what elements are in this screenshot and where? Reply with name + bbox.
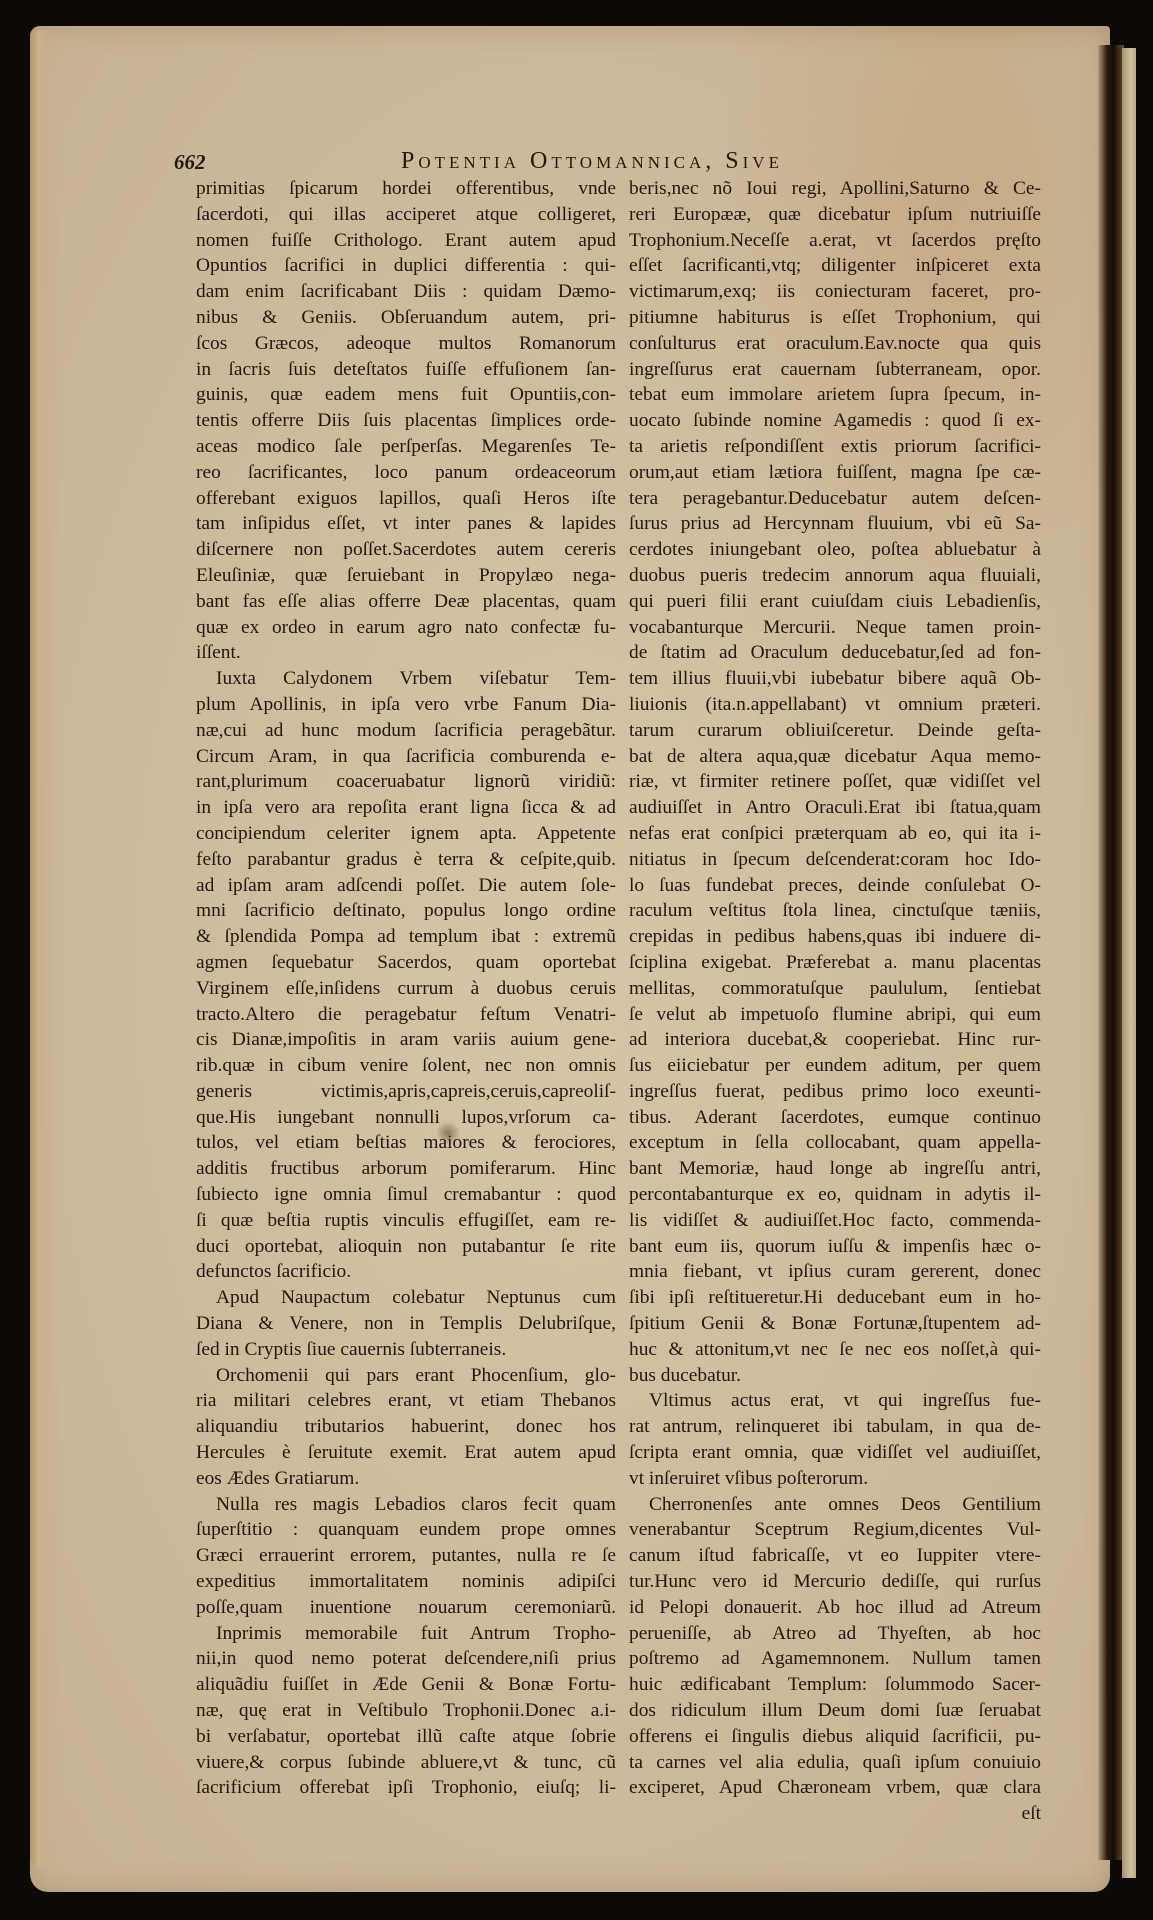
text-line: vt inſeruiret vſibus poſterorum. <box>629 1466 1041 1492</box>
text-line: tur.Hunc vero id Mercurio dediſſe, qui r… <box>629 1569 1041 1595</box>
text-line: offerebant exiguos lapillos, quaſi Heros… <box>196 486 616 512</box>
text-line: additis fructibus arborum pomiferarum. H… <box>196 1156 616 1182</box>
text-line: cis Dianæ,impoſitis in aram variis auium… <box>196 1027 616 1053</box>
text-line: tibus. Aderant ſacerdotes, eumque contin… <box>629 1105 1041 1131</box>
text-line: beris,nec nõ Ioui regi, Apollini,Saturno… <box>629 176 1041 202</box>
text-line: bus ducebatur. <box>629 1363 1041 1389</box>
text-line: ta arietis reſpondiſſent extis priorum ſ… <box>629 434 1041 460</box>
text-line: liuionis (ita.n.appellabant) vt omnium p… <box>629 692 1041 718</box>
text-line: dam enim ſacrificabant Diis : quidam Dæm… <box>196 279 616 305</box>
text-line: vocabanturque Mercurii. Neque tamen proi… <box>629 615 1041 641</box>
text-line: plum Apollinis, in ipſa vero vrbe Fanum … <box>196 692 616 718</box>
text-line: tam inſipidus eſſet, vt inter panes & la… <box>196 511 616 537</box>
text-line: uocato ſubinde nomine Agamedis : quod ſi… <box>629 408 1041 434</box>
text-line: tarum curarum obliuiſceretur. Deinde geſ… <box>629 718 1041 744</box>
text-line: ſcos Græcos, adeoque multos Romanorum <box>196 331 616 357</box>
text-line: primitias ſpicarum hordei offerentibus, … <box>196 176 616 202</box>
text-line: concipiendum celeriter ignem apta. Appet… <box>196 821 616 847</box>
text-line: eos Ædes Gratiarum. <box>196 1466 616 1492</box>
text-line: rat antrum, relinqueret ibi tabulam, in … <box>629 1414 1041 1440</box>
text-line: guinis, quæ eadem mens fuit Opuntiis,con… <box>196 382 616 408</box>
text-line: Diana & Venere, non in Templis Delubriſq… <box>196 1311 616 1337</box>
text-line: dos ridiculum illum Deum domi ſuæ ſeruab… <box>629 1698 1041 1724</box>
text-line: Eleuſiniæ, quæ ſeruiebant in Propylæo ne… <box>196 563 616 589</box>
text-line: & ſplendida Pompa ad templum ibat : extr… <box>196 924 616 950</box>
text-line: orum,aut etiam lætiora fuiſſent, magna ſ… <box>629 460 1041 486</box>
text-line: riæ, vt firmiter retinere poſſet, quæ vi… <box>629 769 1041 795</box>
text-line: in ipſa vero ara repoſita erant ligna ſi… <box>196 795 616 821</box>
text-line: bant Memoriæ, haud longe ab ingreſſu ant… <box>629 1156 1041 1182</box>
text-line: venerabantur Sceptrum Regium,dicentes Vu… <box>629 1517 1041 1543</box>
text-line: diſcernere non poſſet.Sacerdotes autem c… <box>196 537 616 563</box>
text-line: tebat eum immolare arietem ſupra ſpecum,… <box>629 382 1041 408</box>
text-line: lo ſuas fundebat preces, deinde conſuleb… <box>629 873 1041 899</box>
text-line: iſſent. <box>196 640 616 666</box>
catchword: eſt <box>629 1801 1041 1827</box>
text-line: exciperet, Apud Chæroneam vrbem, quæ cla… <box>629 1775 1041 1801</box>
binding-gutter-shadow <box>1098 45 1124 1860</box>
text-line: victimarum,exq; iis coniecturam faceret,… <box>629 279 1041 305</box>
text-line: ſcripta erant omnia, quæ vidiſſet vel au… <box>629 1440 1041 1466</box>
text-line: aliquandiu tributarios habuerint, donec … <box>196 1414 616 1440</box>
text-line: eſſet ſacrificanti,vtq; diligenter inſpi… <box>629 253 1041 279</box>
text-line: Trophonium.Neceſſe a.erat, vt ſacerdos p… <box>629 228 1041 254</box>
text-line: qui pueri filii erant cuiuſdam ciuis Leb… <box>629 589 1041 615</box>
text-line: exceptum in ſella collocabant, quam appe… <box>629 1130 1041 1156</box>
text-line: Cherronenſes ante omnes Deos Gentilium <box>629 1492 1041 1518</box>
text-line: reri Europææ, quæ dicebatur ipſum nutriu… <box>629 202 1041 228</box>
text-line: canum iſtud fabricaſſe, vt eo Iuppiter v… <box>629 1543 1041 1569</box>
text-line: ſed in Cryptis ſiue cauernis ſubterranei… <box>196 1337 616 1363</box>
text-line: in ſacris ſuis deteſtatos fuiſſe effuſio… <box>196 357 616 383</box>
text-line: id Pelopi donauerit. Ab hoc illud ad Atr… <box>629 1595 1041 1621</box>
running-title: Potentia Ottomannica, Sive <box>401 148 783 175</box>
text-line: ſibi ipſi reſtitueretur.Hi deducebant eu… <box>629 1285 1041 1311</box>
text-line: ſe velut ab impetuoſo flumine abripi, qu… <box>629 1002 1041 1028</box>
text-line: Inprimis memorabile fuit Antrum Tropho- <box>196 1621 616 1647</box>
text-line: de ſtatim ad Oraculum deducebatur,ſed ad… <box>629 640 1041 666</box>
text-line: lis vidiſſet & audiuiſſet.Hoc facto, com… <box>629 1208 1041 1234</box>
text-line: quæ ex ordeo in earum agro nato confectæ… <box>196 615 616 641</box>
text-column-left: primitias ſpicarum hordei offerentibus, … <box>196 176 616 1801</box>
text-column-right: beris,nec nõ Ioui regi, Apollini,Saturno… <box>629 176 1041 1827</box>
text-line: mellitas, commoratuſque paululum, ſentie… <box>629 976 1041 1002</box>
text-line: conſulturus erat oraculum.Eav.nocte qua … <box>629 331 1041 357</box>
text-line: nibus & Geniis. Obſeruandum autem, pri- <box>196 305 616 331</box>
text-line: ingreſſurus erat cauernam ſubterraneam, … <box>629 357 1041 383</box>
text-line: Virginem eſſe,inſidens currum à duobus c… <box>196 976 616 1002</box>
text-line: tentis offerre Diis ſuis placentas ſimpl… <box>196 408 616 434</box>
adjacent-page-edge <box>1122 48 1136 1878</box>
text-line: Circum Aram, in qua ſacrificia comburend… <box>196 744 616 770</box>
text-line: ſurus prius ad Hercynnam fluuium, vbi eũ… <box>629 511 1041 537</box>
text-line: bat de altera aqua,quæ dicebatur Aqua me… <box>629 744 1041 770</box>
text-line: aceas modico ſale perſperſas. Megarenſes… <box>196 434 616 460</box>
text-line: perueniſſe, ab Atreo ad Thyeſten, ab hoc <box>629 1621 1041 1647</box>
text-line: percontabanturque ex eo, quidnam in adyt… <box>629 1182 1041 1208</box>
text-line: tracto.Altero die peragebatur feſtum Ven… <box>196 1002 616 1028</box>
text-line: bi verſabatur, oportebat illũ caſte atqu… <box>196 1724 616 1750</box>
text-line: audiuiſſet in Antro Oraculi.Erat ibi ſta… <box>629 795 1041 821</box>
text-line: Apud Naupactum colebatur Neptunus cum <box>196 1285 616 1311</box>
page-header: 662 Potentia Ottomannica, Sive <box>174 148 914 174</box>
text-line: poſſe,quam inuentione nouarum ceremoniar… <box>196 1595 616 1621</box>
text-line: Opuntios ſacrifici in duplici differenti… <box>196 253 616 279</box>
text-line: ſus eiiciebatur per eundem aditum, per q… <box>629 1053 1041 1079</box>
text-line: duci oportebat, alioquin non putabantur … <box>196 1234 616 1260</box>
text-line: Vltimus actus erat, vt qui ingreſſus fue… <box>629 1388 1041 1414</box>
text-line: ſpitium Genii & Bonæ Fortunæ,ſtupentem a… <box>629 1311 1041 1337</box>
text-line: tem illius fluuii,vbi iubebatur bibere a… <box>629 666 1041 692</box>
text-line: ria militari celebres erant, vt etiam Th… <box>196 1388 616 1414</box>
text-line: mni ſacrificio deſtinato, populus longo … <box>196 898 616 924</box>
text-line: huic ædificabant Templum: ſolummodo Sace… <box>629 1672 1041 1698</box>
text-line: expeditius immortalitatem nominis adipiſ… <box>196 1569 616 1595</box>
text-line: Orchomenii qui pars erant Phocenſium, gl… <box>196 1363 616 1389</box>
text-line: næ, quę erat in Veſtibulo Trophonii.Done… <box>196 1698 616 1724</box>
text-line: offerens ei ſingulis diebus aliquid ſacr… <box>629 1724 1041 1750</box>
text-line: Hercules è ſeruitute exemit. Erat autem … <box>196 1440 616 1466</box>
text-line: nitiatus in ſpecum deſcenderat:coram hoc… <box>629 847 1041 873</box>
text-line: cerdotes iniungebant oleo, poſtea ablueb… <box>629 537 1041 563</box>
text-line: ta carnes vel alia edulia, quaſi ipſum c… <box>629 1750 1041 1776</box>
text-line: rib.quæ in cibum venire ſolent, nec non … <box>196 1053 616 1079</box>
text-line: ſacrificium offerebat ipſi Trophonio, ei… <box>196 1775 616 1801</box>
text-line: huc & attonitum,vt nec ſe nec eos noſſet… <box>629 1337 1041 1363</box>
text-line: tulos, vel etiam beſtias maiores & feroc… <box>196 1130 616 1156</box>
page-number: 662 <box>174 150 206 175</box>
text-line: bant fas eſſe alias offerre Deæ placenta… <box>196 589 616 615</box>
text-line: ingreſſus fuerat, pedibus primo loco exe… <box>629 1079 1041 1105</box>
text-line: ſubiecto igne omnia ſimul cremabantur : … <box>196 1182 616 1208</box>
text-line: næ,cui ad hunc modum ſacrificia peragebã… <box>196 718 616 744</box>
text-line: ad interiora ducebat,& cooperiebat. Hinc… <box>629 1027 1041 1053</box>
text-line: viuere,& corpus ſubinde abluere,vt & tun… <box>196 1750 616 1776</box>
text-line: agmen ſequebatur Sacerdos, quam oporteba… <box>196 950 616 976</box>
text-line: rant,plurimum coaceruabatur lignorũ viri… <box>196 769 616 795</box>
text-line: mnia fiebant, vt ipſius curam gererent, … <box>629 1259 1041 1285</box>
text-line: ſi quæ beſtia ruptis vinculis effugiſſet… <box>196 1208 616 1234</box>
text-line: ſuperſtitio : quanquam eundem prope omne… <box>196 1517 616 1543</box>
text-line: ad ipſam aram adſcendi poſſet. Die autem… <box>196 873 616 899</box>
text-line: bant eum iis, quorum iuſſu & impenſis hæ… <box>629 1234 1041 1260</box>
text-line: nii,in quod nemo poterat deſcendere,niſi… <box>196 1646 616 1672</box>
page-edge-left <box>30 30 52 1870</box>
text-line: Nulla res magis Lebadios claros fecit qu… <box>196 1492 616 1518</box>
text-line: nefas erat conſpici præterquam ab eo, qu… <box>629 821 1041 847</box>
text-line: tera peragebantur.Deducebatur autem deſc… <box>629 486 1041 512</box>
text-line: defunctos ſacrificio. <box>196 1259 616 1285</box>
text-line: raculum veſtitus ſtola linea, cinctuſque… <box>629 898 1041 924</box>
text-line: feſto parabantur gradus è terra & ceſpit… <box>196 847 616 873</box>
text-line: aliquãdiu fuiſſet in Æde Genii & Bonæ Fo… <box>196 1672 616 1698</box>
text-line: ſacerdoti, qui illas acciperet atque col… <box>196 202 616 228</box>
text-line: ſciplina exigebat. Præferebat a. manu pl… <box>629 950 1041 976</box>
text-line: nomen fuiſſe Crithologo. Erant autem apu… <box>196 228 616 254</box>
text-line: poſtremo ad Agamemnonem. Nullum tamen <box>629 1646 1041 1672</box>
text-line: pitiumne habiturus is eſſet Trophonium, … <box>629 305 1041 331</box>
text-line: reo ſacrificantes, loco panum ordeaceoru… <box>196 460 616 486</box>
text-line: crepidas in pedibus habens,quas ibi indu… <box>629 924 1041 950</box>
text-line: Græci errauerint errorem, putantes, null… <box>196 1543 616 1569</box>
scanned-book-page: 662 Potentia Ottomannica, Sive primitias… <box>0 0 1153 1920</box>
text-line: generis victimis,apris,capreis,ceruis,ca… <box>196 1079 616 1105</box>
text-line: duobus pueris tredecim annorum aqua fluu… <box>629 563 1041 589</box>
text-line: que.His iungebant nonnulli lupos,vrſorum… <box>196 1105 616 1131</box>
text-line: Iuxta Calydonem Vrbem viſebatur Tem- <box>196 666 616 692</box>
